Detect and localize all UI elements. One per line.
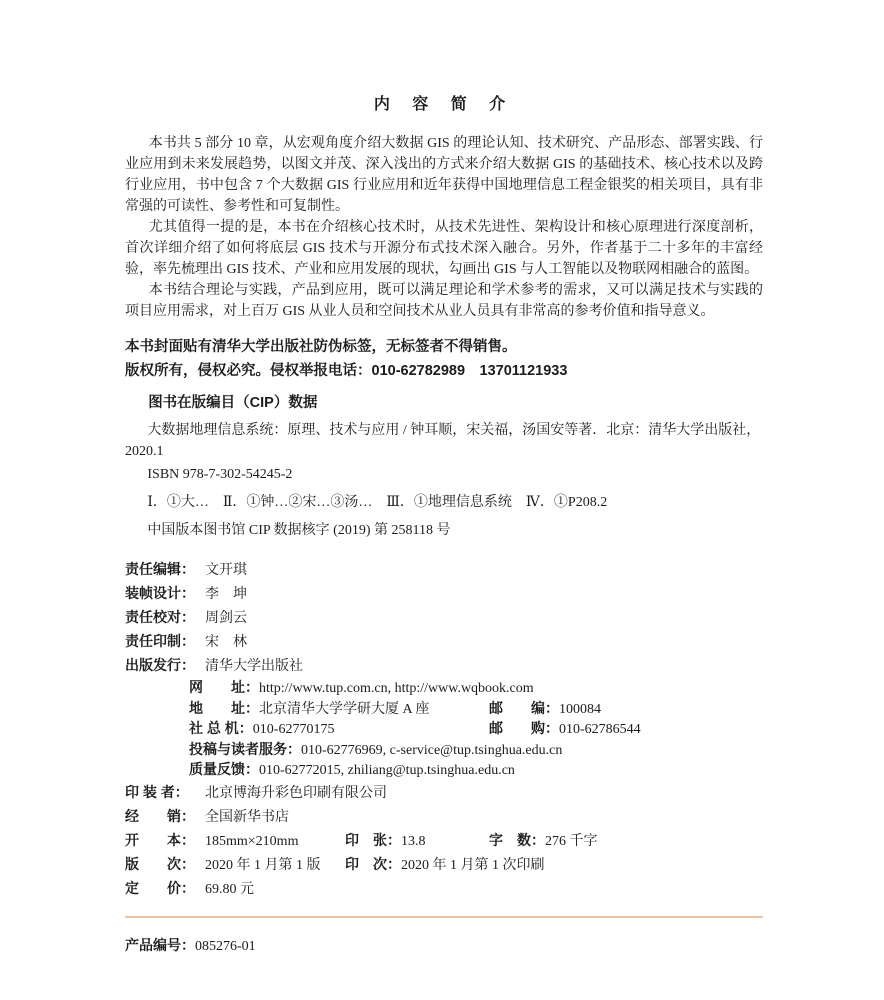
product-code-row: 产品编号：085276-01 <box>125 935 763 957</box>
colophon-row-edition: 版 次：2020 年 1 月第 1 版 印 次：2020 年 1 月第 1 次印… <box>125 853 763 877</box>
postcode-label: 邮 编： <box>489 700 559 716</box>
colophon-row-address: 地 址：北京清华大学学研大厦 A 座 邮 编：100084 <box>125 699 763 720</box>
print-supervisor-value: 宋 林 <box>205 635 247 650</box>
product-code-label: 产品编号： <box>125 937 195 953</box>
price-value: 69.80 元 <box>205 882 254 897</box>
format-value: 185mm×210mm <box>205 834 298 849</box>
word-count-label: 字 数： <box>489 832 545 848</box>
colophon-row-website: 网 址：http://www.tup.com.cn, http://www.wq… <box>125 678 763 699</box>
summary-paragraph-2: 尤其值得一提的是，本书在介绍核心技术时，从技术先进性、架构设计和核心原理进行深度… <box>125 217 763 280</box>
edition-label: 版 次： <box>125 853 205 875</box>
designer-label: 装帧设计： <box>125 582 205 604</box>
cip-record-number: 中国版本图书馆 CIP 数据核字 (2019) 第 258118 号 <box>125 520 763 541</box>
sheets-value: 13.8 <box>401 834 426 849</box>
colophon: 责任编辑：文开琪 装帧设计：李 坤 责任校对：周剑云 责任印制：宋 林 出版发行… <box>125 558 763 901</box>
reader-service-label: 投稿与读者服务： <box>189 741 301 757</box>
edition-value: 2020 年 1 月第 1 版 <box>205 858 321 873</box>
cip-classification: Ⅰ．①大… Ⅱ．①钟…②宋…③汤… Ⅲ．①地理信息系统 Ⅳ．①P208.2 <box>125 492 763 513</box>
colophon-row-switchboard: 社 总 机：010-62770175 邮 购：010-62786544 <box>125 719 763 740</box>
proofreader-value: 周剑云 <box>205 611 247 626</box>
word-count-value: 276 千字 <box>545 834 598 849</box>
colophon-row-format: 开 本：185mm×210mm 印 张：13.8 字 数：276 千字 <box>125 829 763 853</box>
colophon-col-sheets: 印 张：13.8 <box>345 829 426 853</box>
publisher-label: 出版发行： <box>125 654 205 676</box>
book-summary: 本书共 5 部分 10 章，从宏观角度介绍大数据 GIS 的理论认知、技术研究、… <box>125 133 763 322</box>
colophon-row-distributor: 经 销：全国新华书店 <box>125 805 763 829</box>
quality-feedback-label: 质量反馈： <box>189 761 259 777</box>
editor-value: 文开琪 <box>205 563 247 578</box>
printer-label: 印 装 者： <box>125 781 205 803</box>
divider-rule <box>125 916 763 918</box>
cip-entry-line1: 大数据地理信息系统：原理、技术与应用 / 钟耳顺，宋关福，汤国安等著．北京：清华… <box>125 420 763 441</box>
distributor-value: 全国新华书店 <box>205 810 289 825</box>
print-supervisor-label: 责任印制： <box>125 630 205 652</box>
colophon-row-print-supervisor: 责任印制：宋 林 <box>125 630 763 654</box>
address-label: 地 址： <box>189 700 259 716</box>
page-content: 内 容 简 介 本书共 5 部分 10 章，从宏观角度介绍大数据 GIS 的理论… <box>125 94 763 971</box>
piracy-hotline-notice: 版权所有，侵权必究。侵权举报电话：010-62782989 1370112193… <box>125 359 763 383</box>
designer-value: 李 坤 <box>205 587 247 602</box>
address-value: 北京清华大学学研大厦 A 座 <box>259 702 429 717</box>
colophon-row-reader-service: 投稿与读者服务：010-62776969, c-service@tup.tsin… <box>125 740 763 761</box>
summary-paragraph-3: 本书结合理论与实践，产品到应用，既可以满足理论和学术参考的需求，又可以满足技术与… <box>125 280 763 322</box>
colophon-col-postcode: 邮 编：100084 <box>489 699 601 720</box>
product-code-value: 085276-01 <box>195 939 256 954</box>
summary-paragraph-1: 本书共 5 部分 10 章，从宏观角度介绍大数据 GIS 的理论认知、技术研究、… <box>125 133 763 217</box>
postcode-value: 100084 <box>559 702 601 717</box>
cip-header: 图书在版编目（CIP）数据 <box>125 391 763 415</box>
proofreader-label: 责任校对： <box>125 606 205 628</box>
colophon-row-proofreader: 责任校对：周剑云 <box>125 606 763 630</box>
cip-isbn: ISBN 978-7-302-54245-2 <box>125 464 763 485</box>
sheets-label: 印 张： <box>345 832 401 848</box>
colophon-row-editor: 责任编辑：文开琪 <box>125 558 763 582</box>
cip-entry-line2: 2020.1 <box>125 441 763 462</box>
mail-order-label: 邮 购： <box>489 720 559 736</box>
impression-value: 2020 年 1 月第 1 次印刷 <box>401 858 545 873</box>
colophon-col-impression: 印 次：2020 年 1 月第 1 次印刷 <box>345 853 545 877</box>
colophon-row-publisher: 出版发行：清华大学出版社 <box>125 654 763 678</box>
page-title: 内 容 简 介 <box>125 94 763 116</box>
mail-order-value: 010-62786544 <box>559 722 641 737</box>
colophon-row-price: 定 价：69.80 元 <box>125 877 763 901</box>
editor-label: 责任编辑： <box>125 558 205 580</box>
colophon-col-word-count: 字 数：276 千字 <box>489 829 598 853</box>
printer-value: 北京博海升彩色印刷有限公司 <box>205 786 387 801</box>
colophon-col-mail-order: 邮 购：010-62786544 <box>489 719 641 740</box>
website-value: http://www.tup.com.cn, http://www.wqbook… <box>259 681 534 696</box>
distributor-label: 经 销： <box>125 805 205 827</box>
colophon-row-quality-feedback: 质量反馈：010-62772015, zhiliang@tup.tsinghua… <box>125 760 763 781</box>
colophon-row-designer: 装帧设计：李 坤 <box>125 582 763 606</box>
impression-label: 印 次： <box>345 856 401 872</box>
cip-block: 图书在版编目（CIP）数据 大数据地理信息系统：原理、技术与应用 / 钟耳顺，宋… <box>125 391 763 541</box>
switchboard-value: 010-62770175 <box>253 722 335 737</box>
format-label: 开 本： <box>125 829 205 851</box>
switchboard-label: 社 总 机： <box>189 720 253 736</box>
price-label: 定 价： <box>125 877 205 899</box>
anti-counterfeit-notice: 本书封面贴有清华大学出版社防伪标签，无标签者不得销售。 <box>125 335 763 359</box>
copyright-notice: 本书封面贴有清华大学出版社防伪标签，无标签者不得销售。 版权所有，侵权必究。侵权… <box>125 335 763 383</box>
website-label: 网 址： <box>189 679 259 695</box>
publisher-value: 清华大学出版社 <box>205 659 303 674</box>
colophon-row-printer: 印 装 者：北京博海升彩色印刷有限公司 <box>125 781 763 805</box>
reader-service-value: 010-62776969, c-service@tup.tsinghua.edu… <box>301 743 562 758</box>
copyright-page: 内 容 简 介 本书共 5 部分 10 章，从宏观角度介绍大数据 GIS 的理论… <box>0 0 884 1000</box>
quality-feedback-value: 010-62772015, zhiliang@tup.tsinghua.edu.… <box>259 763 515 778</box>
